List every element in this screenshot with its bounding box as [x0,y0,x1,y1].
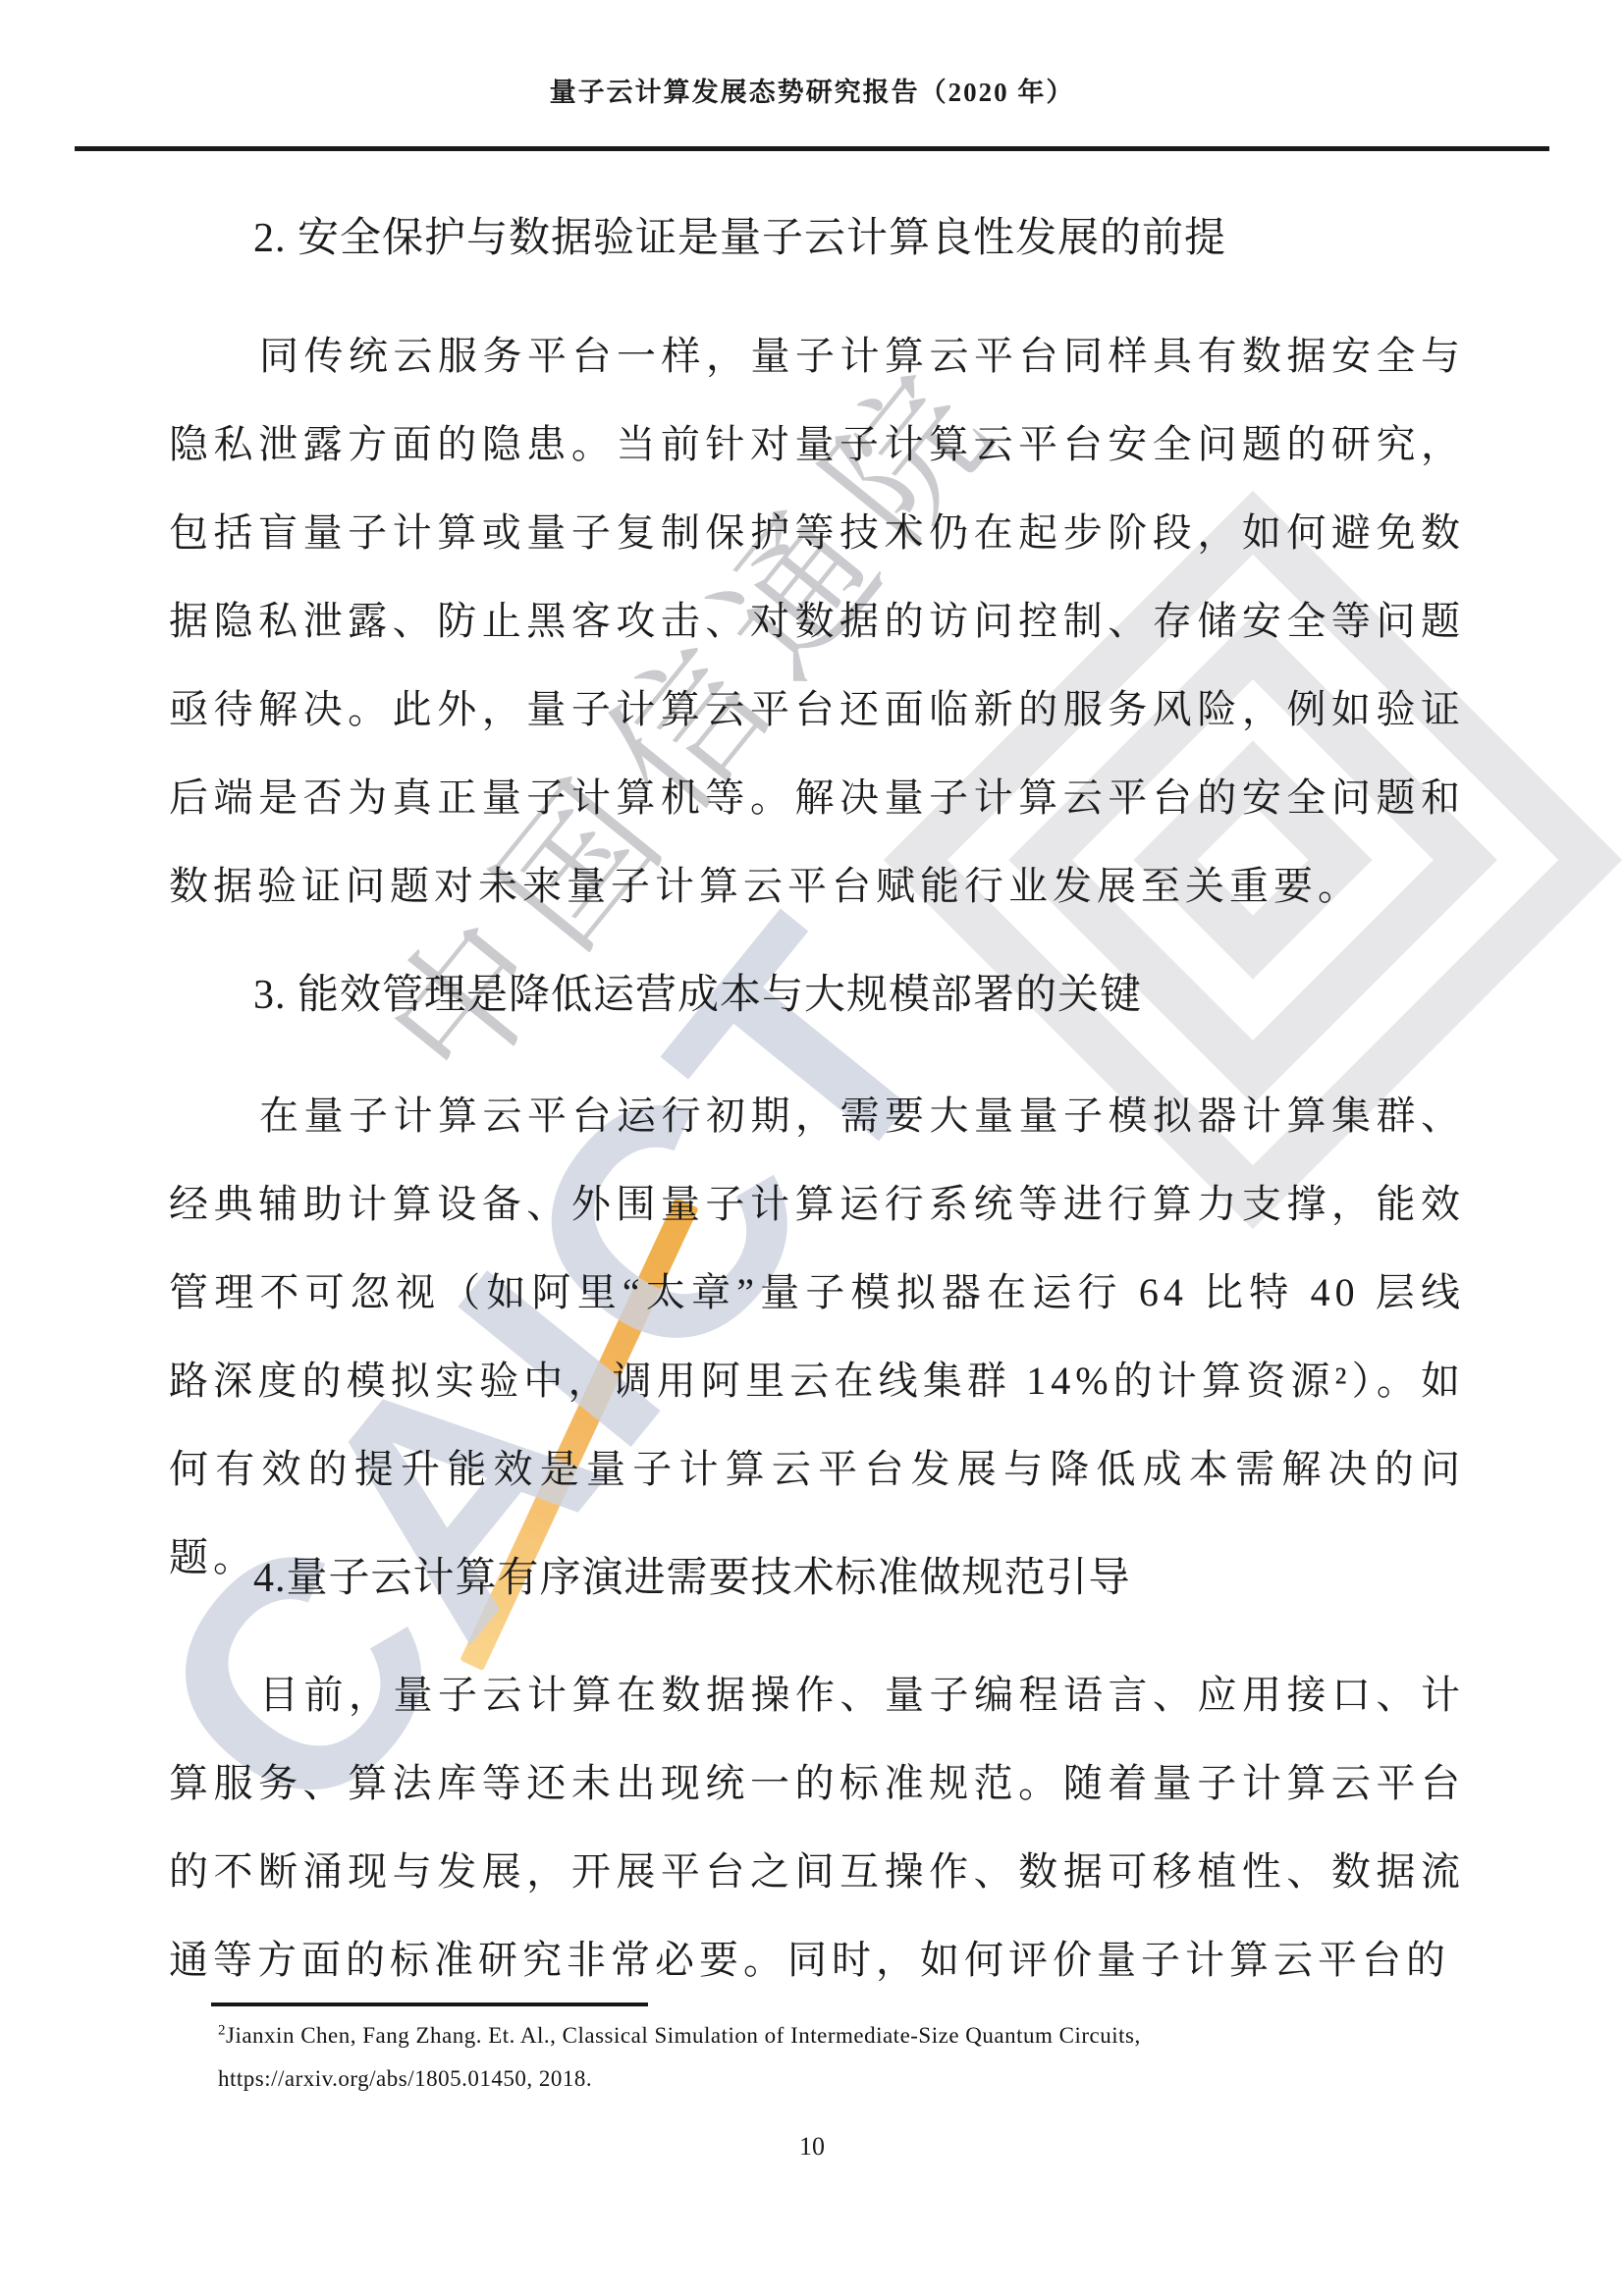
section-4-paragraph: 目前，量子云计算在数据操作、量子编程语言、应用接口、计算服务、算法库等还未出现统… [169,1651,1465,2004]
page-number: 10 [0,2132,1624,2162]
section-2-heading: 2. 安全保护与数据验证是量子云计算良性发展的前提 [253,209,1226,268]
section-4-heading: 4.量子云计算有序演进需要技术标准做规范引导 [253,1549,1131,1608]
footnote-marker: 2 [218,2022,226,2038]
section-3-paragraph: 在量子计算云平台运行初期，需要大量量子模拟器计算集群、经典辅助计算设备、外围量子… [169,1072,1465,1602]
footnote-separator-rule [211,2002,648,2006]
report-page: CAICT 中国信通院 量子云计算发展态势研究报告（2020 年） 2. 安全保… [0,0,1624,2296]
footnote: 2Jianxin Chen, Fang Zhang. Et. Al., Clas… [218,2014,1298,2101]
running-header-title: 量子云计算发展态势研究报告（2020 年） [0,75,1624,110]
header-rule [75,146,1549,151]
section-3-heading: 3. 能效管理是降低运营成本与大规模部署的关键 [253,966,1142,1025]
page-content: 量子云计算发展态势研究报告（2020 年） 2. 安全保护与数据验证是量子云计算… [0,0,1624,2296]
footnote-text: Jianxin Chen, Fang Zhang. Et. Al., Class… [218,2023,1141,2091]
section-2-paragraph: 同传统云服务平台一样，量子计算云平台同样具有数据安全与隐私泄露方面的隐患。当前针… [169,312,1465,931]
